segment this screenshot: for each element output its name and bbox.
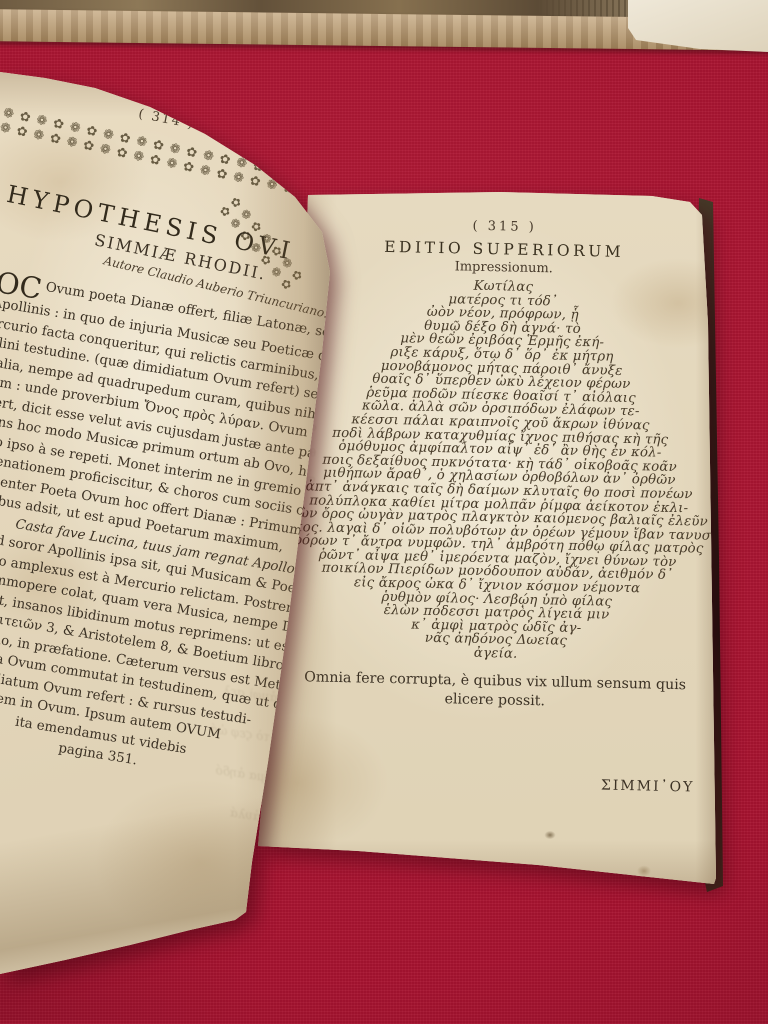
photo-of-open-book: ( 315 ) EDITIO SUPERIORUM Impressionum. … [0,0,768,1024]
bottom-curl-highlight [0,62,345,977]
left-page-wrap: ✿ ❁ ✿ ❁ ✿ ❁ ✿ ❁ ✿ ❁ ✿ ❁ ✿ ❁ ✿ ❁ ✿ ❁ ✿ ❁ … [0,62,345,977]
left-page: ✿ ❁ ✿ ❁ ✿ ❁ ✿ ❁ ✿ ❁ ✿ ❁ ✿ ❁ ✿ ❁ ✿ ❁ ✿ ❁ … [0,62,345,977]
